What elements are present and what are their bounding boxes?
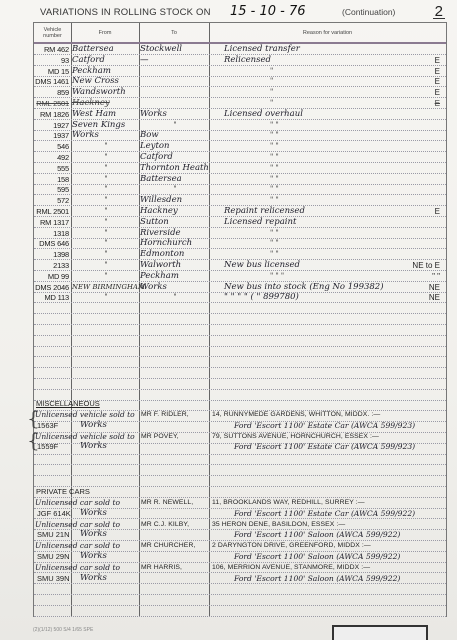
from-location: Works	[80, 529, 107, 540]
buyer-address: 35 HERON DENE, BASILDON, ESSEX :—	[212, 519, 345, 530]
buyer-name: MR POVEY,	[141, 431, 179, 442]
ruled-line	[34, 140, 446, 141]
section-title-miscellaneous: MISCELLANEOUS	[36, 398, 100, 409]
vehicle-description: Ford 'Escort 1100' Estate Car (AWCA 599/…	[234, 441, 415, 452]
ruled-line	[34, 464, 446, 465]
page-number: 2	[435, 3, 443, 20]
document-title: VARIATIONS IN ROLLING STOCK ON	[40, 7, 211, 18]
buyer-name: MR C.J. KILBY,	[141, 519, 189, 530]
ruled-line	[34, 184, 446, 185]
from-location: Works	[80, 441, 107, 452]
sale-entry-line: {Unlicensed vehicle sold toMR POVEY,79, …	[34, 431, 446, 442]
ruled-line	[34, 227, 446, 228]
vehicle-description: Ford 'Escort 1100' Estate Car (AWCA 599/…	[234, 508, 415, 519]
ruled-line	[34, 130, 446, 131]
header-reason: Reason for variation	[209, 23, 446, 42]
variation-date: 15 - 10 - 76	[230, 4, 306, 19]
section-private-cars: PRIVATE CARS	[34, 486, 446, 497]
sale-entry-line: 1559FWorksFord 'Escort 1100' Estate Car …	[34, 441, 446, 452]
buyer-name: MR HARRIS,	[141, 562, 182, 573]
buyer-address: 106, MERRION AVENUE, STANMORE, MIDDX :—	[212, 562, 370, 573]
buyer-name: MR CHURCHER,	[141, 540, 195, 551]
header-vehicle-number: Vehicle number	[34, 23, 71, 42]
stamp-box	[332, 625, 428, 640]
vehicle-number: SMU 29N	[37, 551, 70, 562]
ruled-line	[34, 173, 446, 174]
ruled-line	[34, 605, 446, 606]
print-reference: (2)(1/12) 500 S/4 1/65 SPE	[33, 627, 93, 633]
sale-note: Unlicensed vehicle sold to	[35, 431, 135, 442]
sale-note: Unlicensed car sold to	[35, 540, 120, 551]
ruled-line	[34, 238, 446, 239]
ruled-line	[34, 248, 446, 249]
from-location: Works	[80, 420, 107, 431]
ruled-line	[34, 194, 446, 195]
ruled-line	[34, 324, 446, 325]
sale-note: Unlicensed car sold to	[35, 519, 120, 530]
ruled-line	[34, 616, 446, 617]
sale-entry-line: SMU 39NWorksFord 'Escort 1100' Saloon (A…	[34, 573, 446, 584]
ruled-line	[34, 367, 446, 368]
ruled-line	[34, 205, 446, 206]
sale-entry-line: SMU 29NWorksFord 'Escort 1100' Saloon (A…	[34, 551, 446, 562]
ruled-line	[34, 151, 446, 152]
buyer-address: 14, RUNNYMEDE GARDENS, WHITTON, MIDDX. :…	[212, 409, 380, 420]
sale-entry-line: Unlicensed car sold toMR CHURCHER,2 DARY…	[34, 540, 446, 551]
ruled-line	[34, 108, 446, 109]
vehicle-number: 1559F	[37, 441, 58, 452]
section-title-private-cars: PRIVATE CARS	[36, 486, 90, 497]
ruled-line	[34, 292, 446, 293]
sale-entry-line: Unlicensed car sold toMR R. NEWELL,11, B…	[34, 497, 446, 508]
ruled-line	[34, 313, 446, 314]
buyer-address: 11, BROOKLANDS WAY, REDHILL, SURREY :—	[212, 497, 365, 508]
vehicle-number: JGF 614K	[37, 508, 71, 519]
ruled-line	[34, 475, 446, 476]
ruled-line	[34, 454, 446, 455]
header-to: To	[139, 23, 209, 42]
ruled-line	[34, 216, 446, 217]
ruled-line	[34, 594, 446, 595]
ruled-line	[34, 281, 446, 282]
sale-entry-line: SMU 21NWorksFord 'Escort 1100' Saloon (A…	[34, 529, 446, 540]
document-page: VARIATIONS IN ROLLING STOCK ON 15 - 10 -…	[0, 0, 457, 640]
ruled-line	[34, 97, 446, 98]
ruled-line	[34, 119, 446, 120]
from-location: Works	[80, 508, 107, 519]
vehicle-description: Ford 'Escort 1100' Estate Car (AWCA 599/…	[234, 420, 415, 431]
ruled-line	[34, 259, 446, 260]
sale-note: Unlicensed car sold to	[35, 562, 120, 573]
sale-note: Unlicensed vehicle sold to	[35, 409, 135, 420]
ruled-line	[34, 378, 446, 379]
ruled-line	[34, 335, 446, 336]
buyer-name: MR F. RIDLER,	[141, 409, 189, 420]
continuation-label: (Continuation)	[342, 7, 395, 17]
buyer-address: 2 DARYNGTON DRIVE, GREENFORD, MIDDX :—	[212, 540, 371, 551]
vehicle-number: SMU 21N	[37, 529, 70, 540]
vehicle-description: Ford 'Escort 1100' Saloon (AWCA 599/922)	[234, 551, 400, 562]
ruled-line	[34, 162, 446, 163]
ruled-line	[34, 270, 446, 271]
sale-note: Unlicensed car sold to	[35, 497, 120, 508]
sale-entry-line: JGF 614KWorksFord 'Escort 1100' Estate C…	[34, 508, 446, 519]
ruled-line	[34, 346, 446, 347]
sale-entry-line: 1563FWorksFord 'Escort 1100' Estate Car …	[34, 420, 446, 431]
buyer-name: MR R. NEWELL,	[141, 497, 193, 508]
ruled-line	[34, 86, 446, 87]
sale-entry-line: {Unlicensed vehicle sold toMR F. RIDLER,…	[34, 409, 446, 420]
vehicle-number: 1563F	[37, 420, 58, 431]
header-from: From	[71, 23, 139, 42]
title-row: VARIATIONS IN ROLLING STOCK ON 15 - 10 -…	[40, 5, 447, 21]
buyer-address: 79, SUTTONS AVENUE, HORNCHURCH, ESSEX :—	[212, 431, 379, 442]
vehicle-description: Ford 'Escort 1100' Saloon (AWCA 599/922)	[234, 573, 400, 584]
sale-entry-line: Unlicensed car sold toMR HARRIS,106, MER…	[34, 562, 446, 573]
table-header: Vehicle number From To Reason for variat…	[34, 23, 446, 44]
ruled-line	[34, 54, 446, 55]
from-location: Works	[80, 551, 107, 562]
sale-entry-line: Unlicensed car sold toMR C.J. KILBY,35 H…	[34, 519, 446, 530]
vehicle-number: SMU 39N	[37, 573, 70, 584]
rolling-stock-table: Vehicle number From To Reason for variat…	[33, 22, 447, 617]
ruled-line	[34, 302, 446, 303]
vehicle-description: Ford 'Escort 1100' Saloon (AWCA 599/922)	[234, 529, 400, 540]
ruled-line	[34, 389, 446, 390]
ruled-line	[34, 65, 446, 66]
section-miscellaneous: MISCELLANEOUS	[34, 398, 446, 409]
ruled-line	[34, 76, 446, 77]
from-location: Works	[80, 573, 107, 584]
ruled-line	[34, 356, 446, 357]
